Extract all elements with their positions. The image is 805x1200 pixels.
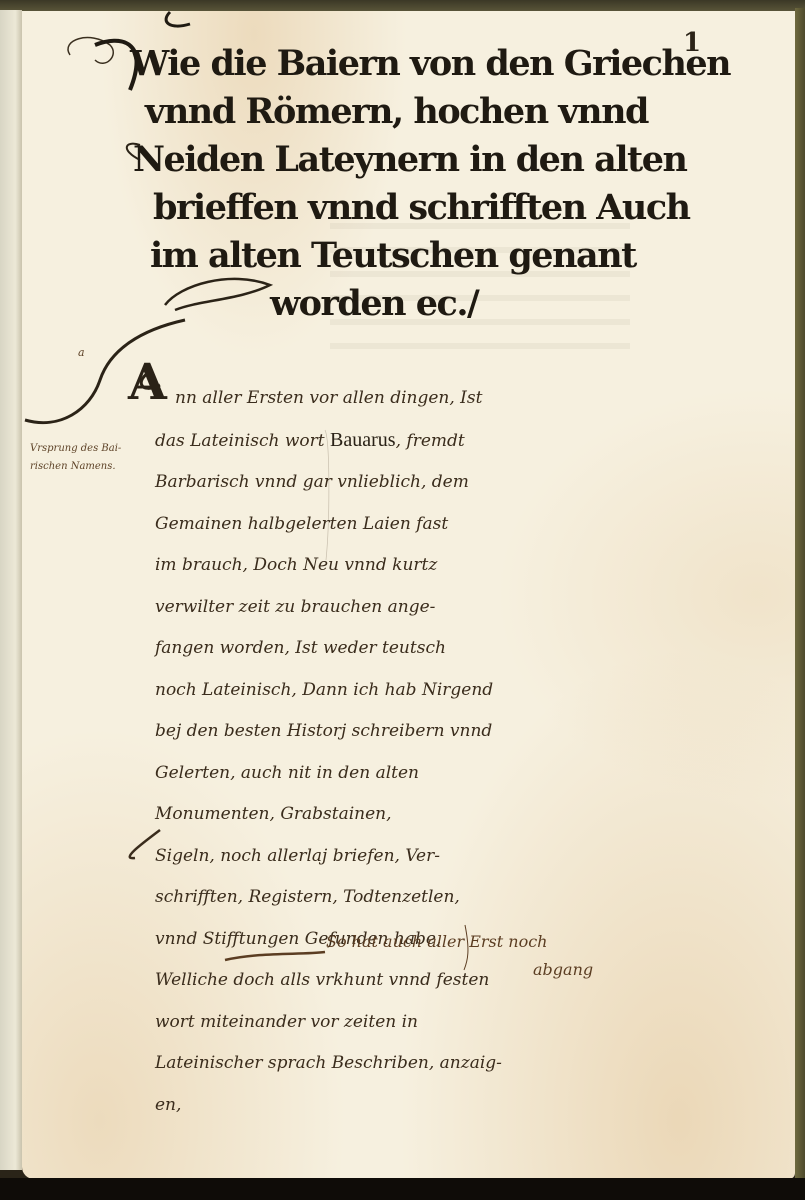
body-line: Barbarisch vnnd gar vnlieblich, dem [155,462,645,504]
body-text: nn aller Ersten vor allen dingen, Ist da… [155,378,645,1126]
title-line: brieffen vnnd schrifften Auch [95,184,715,232]
latin-word: Bauarus [330,429,396,451]
body-line: wort miteinander vor zeiten in [155,1002,645,1044]
body-line: das Lateinisch wort Bauarus, fremdt [155,420,645,463]
continuation-text: abgang [533,960,593,979]
body-line: Monumenten, Grabstainen, [155,794,645,836]
title-line: Neiden Lateynern in den alten [95,136,715,184]
scan-bottom-background [0,1178,805,1200]
title-line: worden ec./ [95,280,715,328]
book-gutter [0,10,22,1170]
marginal-note-line: rischen Namens. [30,458,150,476]
book-right-edge [795,8,805,1178]
body-line: bej den besten Historj schreibern vnnd [155,711,645,753]
title-line: vnnd Römern, hochen vnnd [95,88,715,136]
body-line: im brauch, Doch Neu vnnd kurtz [155,545,645,587]
marginal-note-line: Vrsprung des Bai- [30,440,150,458]
body-line: schrifften, Registern, Todtenzetlen, [155,877,645,919]
body-line: Lateinischer sprach Beschriben, anzaig- [155,1043,645,1085]
margin-mark: a [78,346,85,359]
body-line: noch Lateinisch, Dann ich hab Nirgend [155,670,645,712]
title-line: im alten Teutschen genant [95,232,715,280]
body-line: en, [155,1085,645,1127]
continuation-text: So hat auch aller Erst noch [326,932,547,951]
body-line: Gelerten, auch nit in den alten [155,753,645,795]
body-line: fangen worden, Ist weder teutsch [155,628,645,670]
chapter-title: Wie die Baiern von den Griechen vnnd Röm… [95,40,715,328]
marginal-note: Vrsprung des Bai- rischen Namens. [30,440,150,476]
body-line: nn aller Ersten vor allen dingen, Ist [155,378,645,420]
body-line: Gemainen halbgelerten Laien fast [155,504,645,546]
body-line: verwilter zeit zu brauchen ange- [155,587,645,629]
body-line: Sigeln, noch allerlaj briefen, Ver- [155,836,645,878]
title-line: Wie die Baiern von den Griechen [95,40,715,88]
